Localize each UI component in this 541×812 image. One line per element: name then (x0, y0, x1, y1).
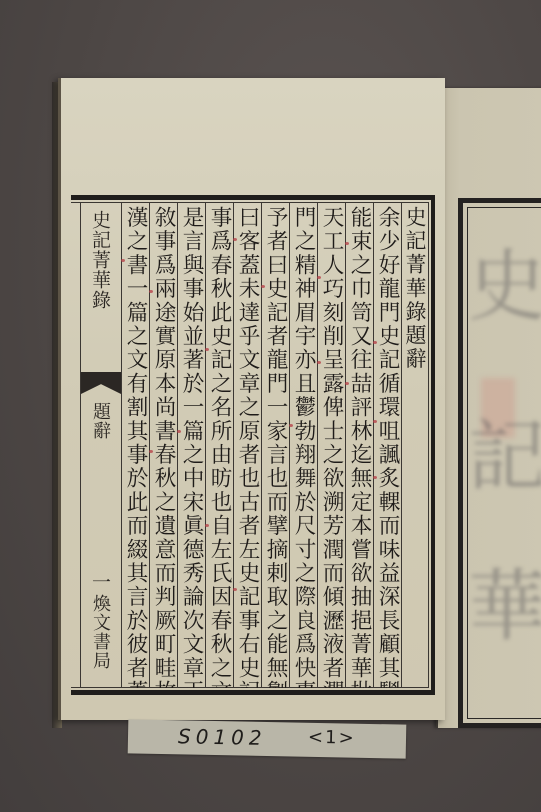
punctuation-mark (149, 450, 153, 453)
text-column: 事爲春秋此史記之名所由昉也自左氏因春秋之文作內外傳於 (205, 202, 233, 688)
punctuation-mark (289, 424, 293, 427)
right-page-frame (458, 198, 541, 728)
banxin-section: 題辭 (87, 402, 113, 440)
title-column: 史記菁華錄題辭 (401, 202, 429, 688)
punctuation-mark (317, 361, 321, 364)
punctuation-mark (205, 524, 209, 527)
banxin-publisher: 煥文書局 (87, 594, 113, 670)
right-page: 史 記 華 (436, 88, 541, 728)
text-column: 予者曰史記者龍門一家言也而擘摘剌取之能無劖擲之訾乎予 (261, 202, 289, 688)
text-column: 曰客蓋未達乎文章之原者也古者左史記事右史記言言爲尚書 (233, 202, 261, 688)
catalog-label-slip: S0102 <1> (128, 719, 407, 758)
printed-frame: 史記菁華錄題辭 余少好龍門史記循環咀諷炙輠而味益深長顧其騣頤奧衍既不 能束之巾笥… (71, 195, 435, 695)
punctuation-mark (373, 341, 377, 344)
text-column: 天工人巧刻削呈露俾士之欲溯芳潤而傾瀝液者潤翻會次而龍 (317, 202, 345, 688)
punctuation-mark (177, 430, 181, 433)
seal-stamp-bleed (481, 378, 515, 438)
fish-tail-mark-icon (81, 372, 121, 394)
text-column: 是言與事始並著於一篇之中宋眞德秀論次文章正宗特分議論 (177, 202, 205, 688)
text-column: 能束之巾笥又往喆評林迄無定本嘗欲抽挹菁華批導窾郤使其 (345, 202, 373, 688)
left-page: 史記菁華錄題辭 余少好龍門史記循環咀諷炙輠而味益深長顧其騣頤奧衍既不 能束之巾笥… (58, 78, 445, 720)
punctuation-mark (317, 276, 321, 279)
punctuation-mark (345, 382, 349, 385)
punctuation-mark (345, 242, 349, 245)
text-column: 敘事爲兩途實原本尚書春秋之遺意而判厥町畦故其錄左國史 (149, 202, 177, 688)
punctuation-mark (205, 348, 209, 351)
text-columns: 史記菁華錄題辭 余少好龍門史記循環咀諷炙輠而味益深長顧其騣頤奧衍既不 能束之巾笥… (71, 202, 429, 688)
catalog-code: S0102 (178, 724, 267, 750)
punctuation-mark (373, 420, 377, 423)
text-column: 余少好龍門史記循環咀諷炙輠而味益深長顧其騣頤奧衍既不 (373, 202, 401, 688)
punctuation-mark (233, 588, 237, 591)
text-column: 門之精神眉宇亦且鬱勃翔舞於尺寸之際良爲快事矣客有詒於 (289, 202, 317, 688)
punctuation-mark (233, 238, 237, 241)
punctuation-mark (261, 285, 265, 288)
right-page-frame-inner (467, 207, 541, 719)
punctuation-mark (121, 259, 125, 262)
punctuation-mark (149, 290, 153, 293)
banxin-center-strip: 史記菁華錄 題辭 一 煥文書局 (80, 202, 121, 688)
text-column: 漢之書一篇之文有割其事於此而綴其言於彼者蓋文選以下別 (121, 202, 149, 688)
banxin-book-title: 史記菁華錄 (87, 210, 114, 310)
banxin-page-number: 一 (87, 572, 114, 592)
catalog-volume: <1> (308, 727, 356, 749)
punctuation-mark (373, 476, 377, 479)
